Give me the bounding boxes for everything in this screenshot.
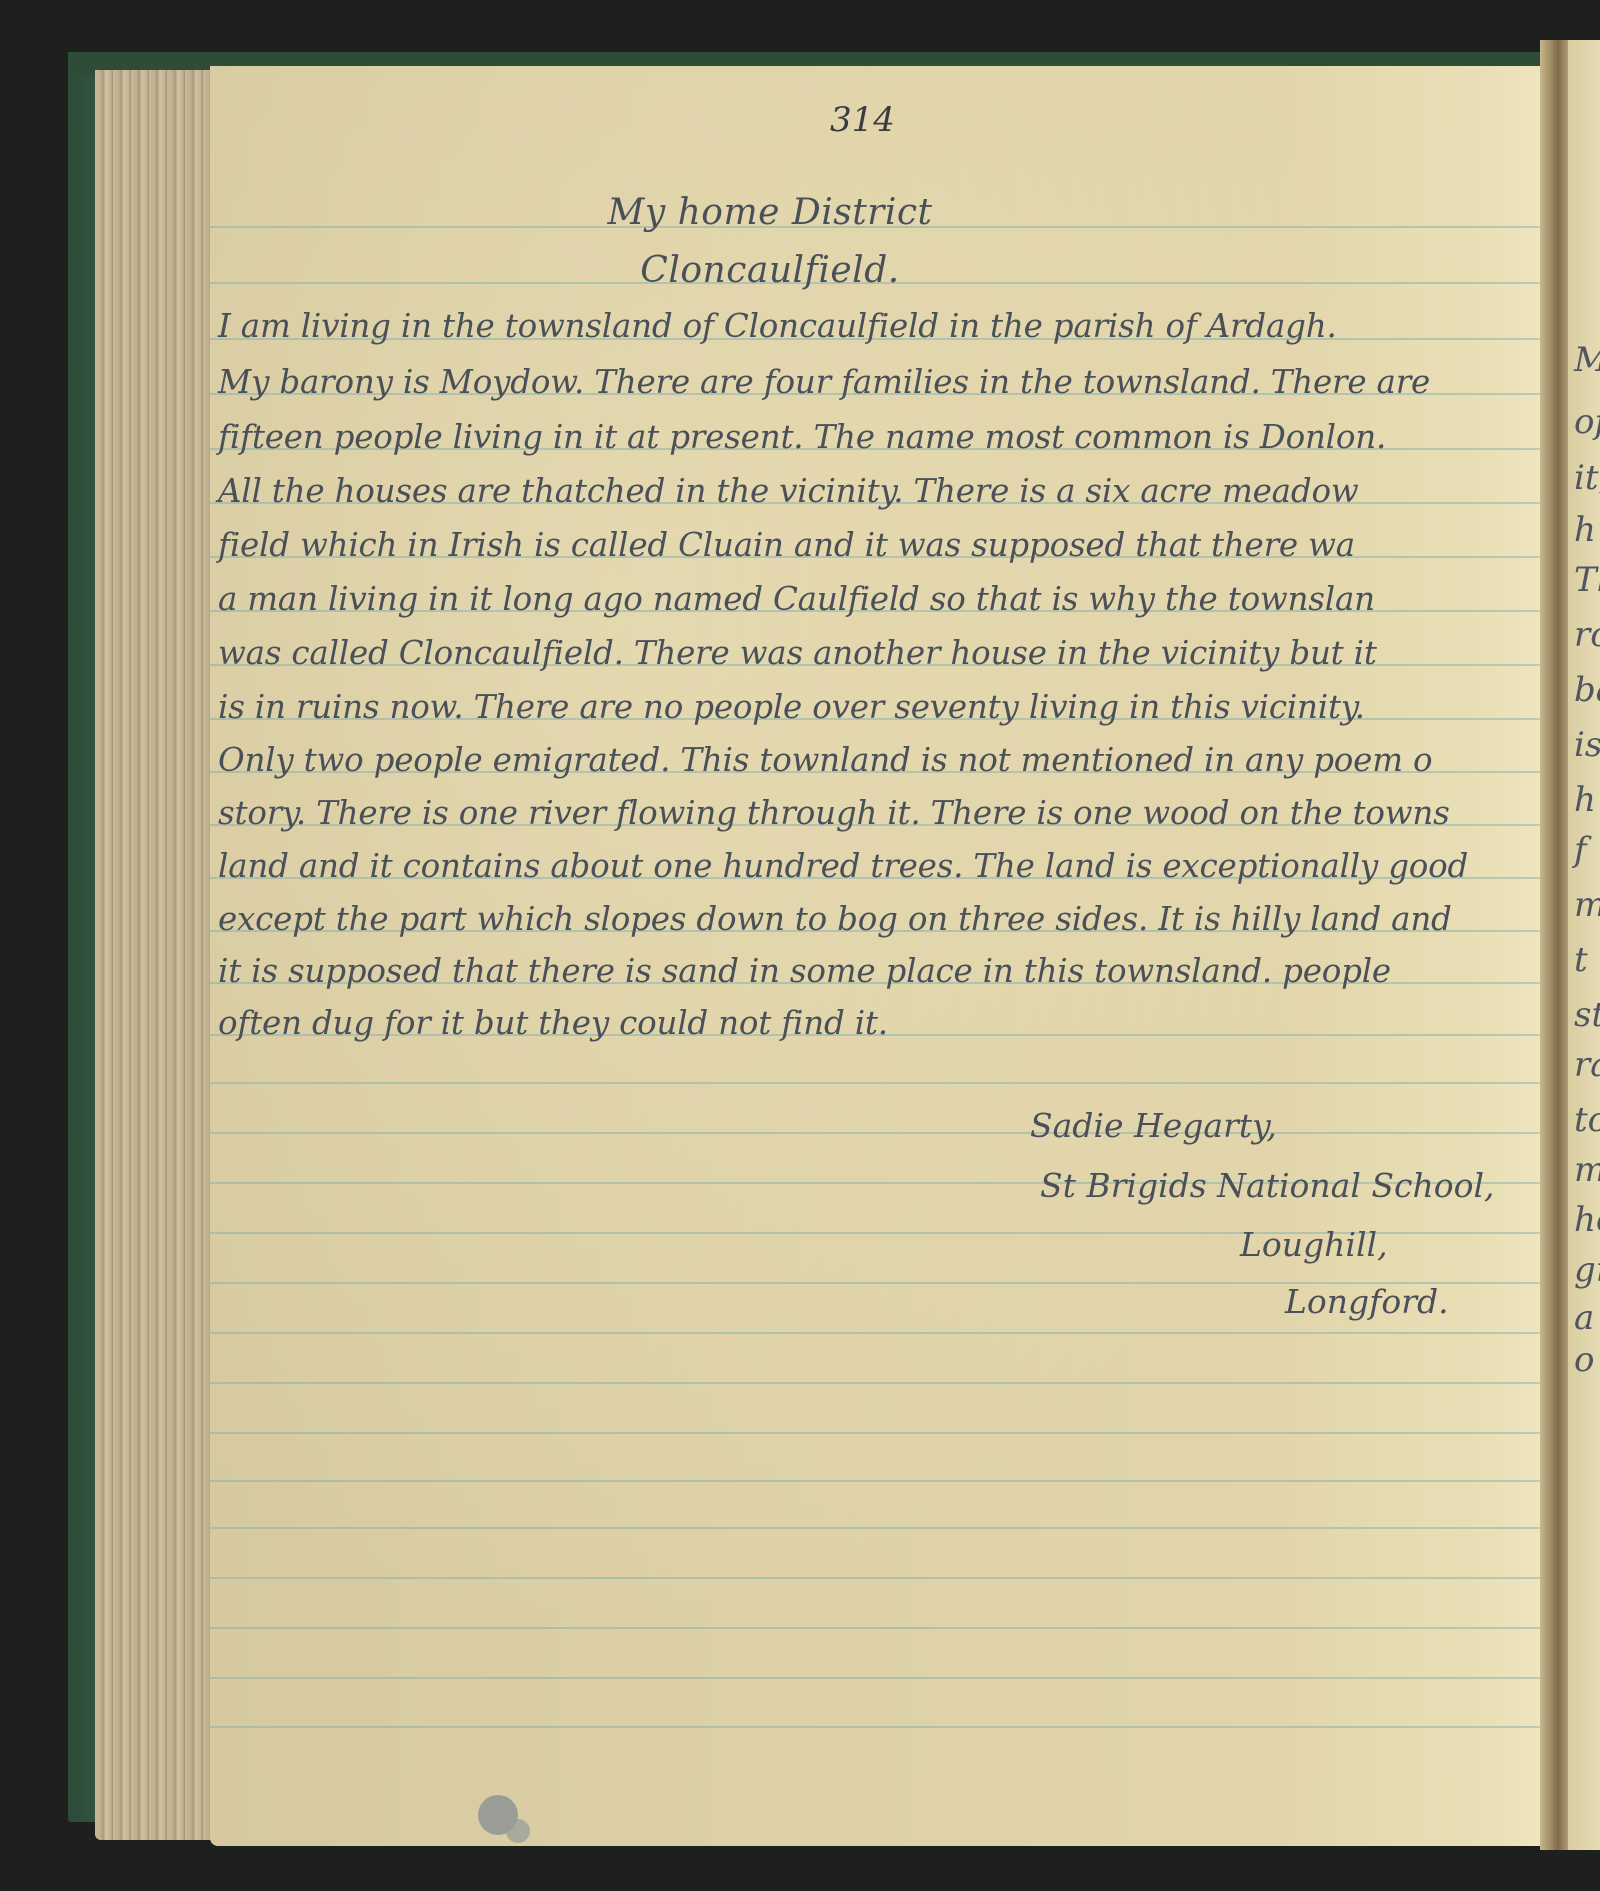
page-edges [95, 70, 213, 1840]
ruled-line [210, 1432, 1550, 1434]
ruled-line [210, 1332, 1550, 1334]
next-page-text: t [1574, 940, 1588, 980]
text-line: often dug for it but they could not find… [218, 1004, 888, 1042]
text-line: land and it contains about one hundred t… [218, 847, 1468, 885]
text-line: story. There is one river flowing throug… [218, 794, 1450, 832]
text-line: was called Cloncaulfield. There was anot… [218, 634, 1377, 672]
ruled-line [210, 1382, 1550, 1384]
text-line: Only two people emigrated. This townland… [218, 741, 1432, 779]
text-line: All the houses are thatched in the vicin… [218, 472, 1358, 510]
next-page-text: a [1574, 1298, 1594, 1338]
next-page-text: m [1574, 885, 1600, 925]
page-title: My home District [0, 192, 1540, 233]
book-gutter [1540, 40, 1570, 1850]
ruled-line [210, 1132, 1550, 1134]
text-line: I am living in the townsland of Cloncaul… [218, 307, 1337, 345]
next-page-text: of [1574, 402, 1600, 442]
page-subtitle: Cloncaulfield. [0, 250, 1540, 291]
book-scan: M of it, h Th ro ba is h f m t st ra to … [0, 0, 1600, 1891]
text-line: fifteen people living in it at present. … [218, 418, 1386, 456]
next-page-text: Th [1574, 560, 1600, 600]
next-page-text: m [1574, 1150, 1600, 1190]
text-line: is in ruins now. There are no people ove… [218, 688, 1365, 726]
next-page-text: o [1574, 1340, 1594, 1380]
signature-name: Sadie Hegarty, [1030, 1106, 1277, 1145]
ink-blot [478, 1795, 518, 1835]
text-line: field which in Irish is called Cluain an… [218, 526, 1355, 564]
next-page-text: h [1574, 510, 1596, 550]
signature-county: Longford. [1285, 1282, 1449, 1321]
ruled-line [210, 1577, 1550, 1579]
next-page-text: to [1574, 1100, 1600, 1140]
ruled-line [210, 1627, 1550, 1629]
signature-place: Loughill, [1240, 1225, 1388, 1264]
next-page-text: ra [1574, 1045, 1600, 1085]
next-page-text: ba [1574, 670, 1600, 710]
next-page-text: ro [1574, 615, 1600, 655]
next-page-text: gra [1574, 1250, 1600, 1290]
text-line: it is supposed that there is sand in som… [218, 952, 1391, 990]
next-page-text: st [1574, 995, 1600, 1035]
next-page-text: it, [1574, 458, 1600, 498]
next-page-text: ho [1574, 1200, 1600, 1240]
ruled-line [210, 1527, 1550, 1529]
text-line: except the part which slopes down to bog… [218, 900, 1452, 938]
ruled-line [210, 1677, 1550, 1679]
signature-school: St Brigids National School, [1040, 1166, 1495, 1205]
ruled-line [210, 1082, 1550, 1084]
next-page-text: h [1574, 780, 1596, 820]
ruled-line [210, 1480, 1550, 1482]
next-page-text: M [1574, 340, 1600, 380]
next-page-edge: M of it, h Th ro ba is h f m t st ra to … [1568, 40, 1600, 1850]
next-page-text: is [1574, 725, 1600, 765]
text-line: My barony is Moydow. There are four fami… [218, 363, 1430, 401]
next-page-text: f [1574, 830, 1587, 870]
text-line: a man living in it long ago named Caulfi… [218, 580, 1375, 618]
ruled-line [210, 1726, 1550, 1728]
page-number: 314 [830, 100, 895, 140]
